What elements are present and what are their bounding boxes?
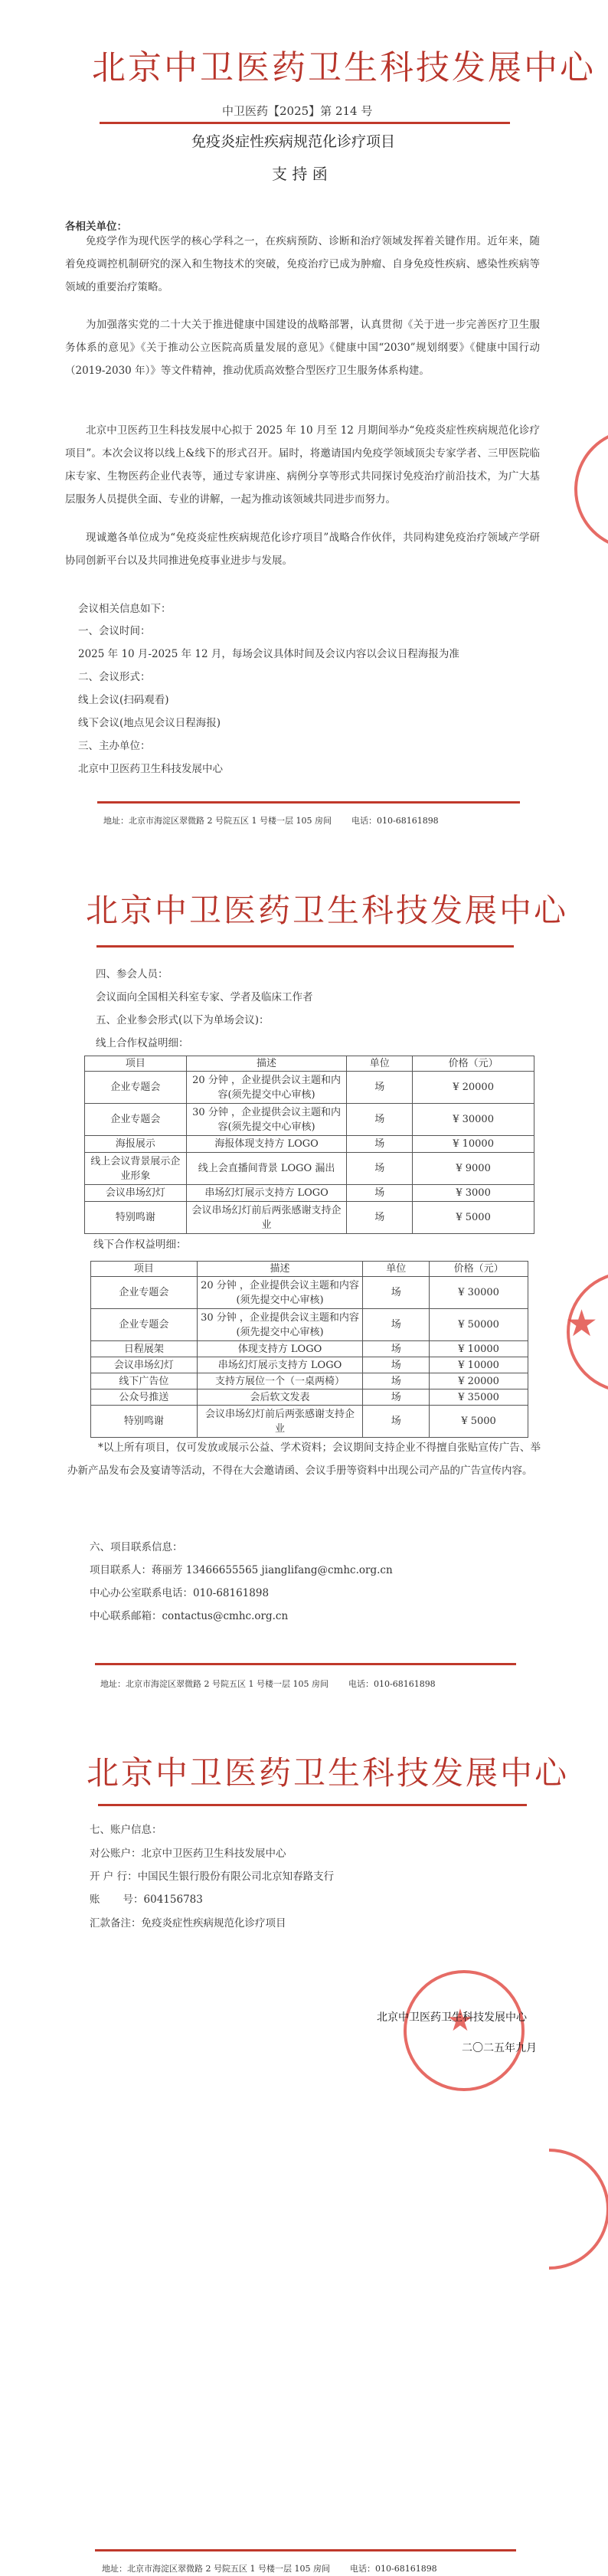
signature-date: 二〇二五年九月 [462,2040,537,2055]
cell-desc: 会议串场幻灯前后两张感谢支持企业 [186,1202,347,1234]
cell-desc: 会后软文发表 [197,1389,363,1406]
cell-price: ¥ 10000 [430,1341,528,1357]
restriction-note: *以上所有项目，仅可发放或展示公益、学术资料；会议期间支持企业不得擅自张贴宣传广… [67,1436,541,1482]
office-email: 中心联系邮箱：contactus@cmhc.org.cn [90,1607,288,1622]
account-name: 对公账户：北京中卫医药卫生科技发展中心 [90,1844,286,1860]
paragraph-invitation: 现诚邀各单位成为“免疫炎症性疾病规范化诊疗项目”战略合作伙伴，共同构建免疫治疗领… [65,526,540,572]
cell-item: 企业专题会 [91,1277,198,1309]
cell-unit: 场 [363,1341,430,1357]
table-row: 公众号推送 会后软文发表 场 ¥ 35000 [91,1389,528,1406]
cell-price: ¥ 5000 [430,1406,528,1438]
section-1-heading: 一、会议时间： [78,622,151,637]
table-row: 特别鸣谢 会议串场幻灯前后两张感谢支持企业 场 ¥ 5000 [91,1406,528,1438]
cell-unit: 场 [347,1104,413,1136]
page-footer-2: 地址：北京市海淀区翠微路 2 号院五区 1 号楼一层 105 房间电话：010-… [100,1678,436,1690]
col-item: 项目 [85,1056,187,1072]
table-row: 海报展示 海报体现支持方 LOGO 场 ¥ 10000 [85,1136,534,1153]
document-number: 中卫医药【2025】第 214 号 [222,103,372,119]
document-type: 支 持 函 [272,162,328,184]
footer-phone: 电话：010-68161898 [348,1679,436,1689]
section-4-heading: 四、参会人员： [96,965,168,980]
cell-item: 特别鸣谢 [85,1202,187,1234]
cell-price: ¥ 3000 [413,1185,534,1202]
cell-unit: 场 [363,1357,430,1373]
footer-divider [97,801,520,804]
cell-unit: 场 [363,1309,430,1341]
cell-unit: 场 [347,1202,413,1234]
cell-price: ¥ 20000 [430,1373,528,1389]
cell-unit: 场 [363,1277,430,1309]
header-divider-page-2 [96,945,514,948]
cell-item: 线上会议背景展示企业形象 [85,1153,187,1185]
cell-desc: 串场幻灯展示支持方 LOGO [186,1185,347,1202]
footer-address: 地址：北京市海淀区翠微路 2 号院五区 1 号楼一层 105 房间 [100,1679,329,1689]
table-row: 企业专题会 20 分钟 ，企业提供会议主题和内容(须先提交中心审核) 场 ¥ 3… [91,1277,528,1309]
cell-unit: 场 [363,1406,430,1438]
meeting-format-offline: 线下会议(地点见会议日程海报) [78,714,221,729]
cell-item: 海报展示 [85,1136,187,1153]
online-rights-title: 线上合作权益明细： [96,1034,189,1049]
table-header-row: 项目 描述 单位 价格（元） [85,1056,534,1072]
col-unit: 单位 [347,1056,413,1072]
cell-item: 线下广告位 [91,1373,198,1389]
col-price: 价格（元） [413,1056,534,1072]
online-rights-table: 项目 描述 单位 价格（元） 企业专题会 20 分钟 ，企业提供会议主题和内容(… [84,1056,534,1234]
cell-unit: 场 [347,1153,413,1185]
cell-desc: 体现支持方 LOGO [197,1341,363,1357]
cell-desc: 30 分钟 ，企业提供会议主题和内容(须先提交中心审核) [197,1309,363,1341]
cell-unit: 场 [347,1136,413,1153]
cell-price: ¥ 10000 [413,1136,534,1153]
col-item: 项目 [91,1262,198,1277]
table-row: 企业专题会 30 分钟 ，企业提供会议主题和内容(须先提交中心审核) 场 ¥ 3… [85,1104,534,1136]
paragraph-intro: 免疫学作为现代医学的核心学科之一，在疾病预防、诊断和治疗领域发挥着关键作用。近年… [65,230,540,299]
cell-price: ¥ 9000 [413,1153,534,1185]
footer-divider-page-2 [95,1663,516,1665]
org-letterhead-title: 北京中卫医药卫生科技发展中心 [92,40,596,89]
cell-item: 企业专题会 [85,1104,187,1136]
header-divider [100,122,510,124]
org-letterhead-title-page-3: 北京中卫医药卫生科技发展中心 [87,1748,569,1794]
organizer: 北京中卫医药卫生科技发展中心 [78,760,223,775]
section-2-heading: 二、会议形式： [78,668,151,683]
cell-item: 特别鸣谢 [91,1406,198,1438]
col-unit: 单位 [363,1262,430,1277]
cell-item: 日程展架 [91,1341,198,1357]
cell-unit: 场 [347,1072,413,1104]
account-number: 账 号：604156783 [90,1890,203,1906]
table-row: 线下广告位 支持方展位一个（一桌两椅） 场 ¥ 20000 [91,1373,528,1389]
table-row: 线上会议背景展示企业形象 线上会直播间背景 LOGO 漏出 场 ¥ 9000 [85,1153,534,1185]
section-7-heading: 七、账户信息： [90,1821,162,1836]
cell-price: ¥ 50000 [430,1309,528,1341]
seal-star-icon: ★ [565,1302,598,1345]
cell-item: 公众号推送 [91,1389,198,1406]
cell-desc: 海报体现支持方 LOGO [186,1136,347,1153]
table-row: 企业专题会 30 分钟 ，企业提供会议主题和内容(须先提交中心审核) 场 ¥ 5… [91,1309,528,1341]
cell-item: 企业专题会 [91,1309,198,1341]
table-row: 日程展架 体现支持方 LOGO 场 ¥ 10000 [91,1341,528,1357]
offline-rights-table: 项目 描述 单位 价格（元） 企业专题会 20 分钟 ，企业提供会议主题和内容(… [90,1261,528,1438]
table-row: 会议串场幻灯 串场幻灯展示支持方 LOGO 场 ¥ 10000 [91,1357,528,1373]
cell-price: ¥ 30000 [413,1104,534,1136]
official-seal-partial [574,429,608,550]
document-subject: 免疫炎症性疾病规范化诊疗项目 [191,130,395,151]
info-intro: 会议相关信息如下： [78,600,172,615]
cell-price: ¥ 30000 [430,1277,528,1309]
cell-desc: 支持方展位一个（一桌两椅） [197,1373,363,1389]
col-desc: 描述 [197,1262,363,1277]
section-5-heading: 五、企业参会形式(以下为单场会议)： [96,1011,270,1026]
cell-price: ¥ 20000 [413,1072,534,1104]
cell-price: ¥ 5000 [413,1202,534,1234]
table-row: 特别鸣谢 会议串场幻灯前后两张感谢支持企业 场 ¥ 5000 [85,1202,534,1234]
footer-divider-page-3 [95,2549,516,2551]
table-header-row: 项目 描述 单位 价格（元） [91,1262,528,1277]
cell-desc: 线上会直播间背景 LOGO 漏出 [186,1153,347,1185]
cell-desc: 会议串场幻灯前后两张感谢支持企业 [197,1406,363,1438]
footer-address: 地址：北京市海淀区翠微路 2 号院五区 1 号楼一层 105 房间 [102,2564,330,2574]
cell-unit: 场 [363,1389,430,1406]
cell-item: 企业专题会 [85,1072,187,1104]
cell-desc: 30 分钟 ，企业提供会议主题和内容(须先提交中心审核) [186,1104,347,1136]
bank-name: 开 户 行：中国民生银行股份有限公司北京知春路支行 [90,1867,334,1883]
col-desc: 描述 [186,1056,347,1072]
page-footer-3: 地址：北京市海淀区翠微路 2 号院五区 1 号楼一层 105 房间电话：010-… [102,2562,437,2574]
footer-address: 地址：北京市海淀区翠微路 2 号院五区 1 号楼一层 105 房间 [103,816,332,826]
paragraph-policy: 为加强落实党的二十大关于推进健康中国建设的战略部署，认真贯彻《关于进一步完善医疗… [65,313,540,382]
cell-desc: 20 分钟 ，企业提供会议主题和内容(须先提交中心审核) [186,1072,347,1104]
footer-phone: 电话：010-68161898 [350,2564,437,2574]
cell-price: ¥ 35000 [430,1389,528,1406]
attendees: 会议面向全国相关科室专家、学者及临床工作者 [96,988,313,1003]
section-3-heading: 三、主办单位： [78,737,151,752]
col-price: 价格（元） [430,1262,528,1277]
cell-desc: 20 分钟 ，企业提供会议主题和内容(须先提交中心审核) [197,1277,363,1309]
cell-desc: 串场幻灯展示支持方 LOGO [197,1357,363,1373]
cell-item: 会议串场幻灯 [85,1185,187,1202]
contact-person: 项目联系人：蒋丽芳 13466655565 jianglifang@cmhc.o… [90,1561,393,1576]
table-row: 企业专题会 20 分钟 ，企业提供会议主题和内容(须先提交中心审核) 场 ¥ 2… [85,1072,534,1104]
offline-rights-title: 线下合作权益明细： [93,1236,187,1251]
cell-item: 会议串场幻灯 [91,1357,198,1373]
meeting-format-online: 线上会议(扫码观看) [78,691,169,706]
cell-price: ¥ 10000 [430,1357,528,1373]
office-phone: 中心办公室联系电话：010-68161898 [90,1584,269,1599]
section-6-heading: 六、项目联系信息： [90,1538,183,1553]
footer-phone: 电话：010-68161898 [351,816,439,826]
table-row: 会议串场幻灯 串场幻灯展示支持方 LOGO 场 ¥ 3000 [85,1185,534,1202]
paragraph-event: 北京中卫医药卫生科技发展中心拟于 2025 年 10 月至 12 月期间举办“免… [65,419,540,511]
official-seal-partial-page-3 [489,2149,608,2270]
org-letterhead-title-page-2: 北京中卫医药卫生科技发展中心 [86,885,568,931]
header-divider-page-3 [98,1804,527,1806]
meeting-time: 2025 年 10 月-2025 年 12 月，每场会议具体时间及会议内容以会议… [78,645,459,660]
remittance-remark: 汇款备注：免疫炎症性疾病规范化诊疗项目 [90,1914,286,1930]
cell-unit: 场 [363,1373,430,1389]
cell-unit: 场 [347,1185,413,1202]
signature-org: 北京中卫医药卫生科技发展中心 [377,2009,527,2024]
page-footer: 地址：北京市海淀区翠微路 2 号院五区 1 号楼一层 105 房间电话：010-… [103,814,439,826]
